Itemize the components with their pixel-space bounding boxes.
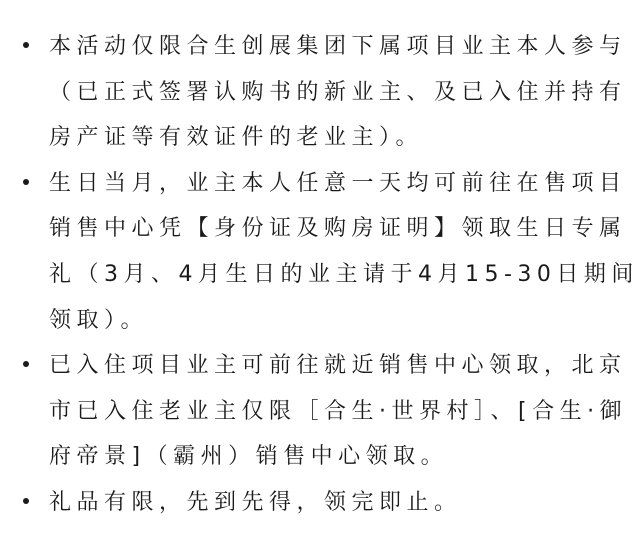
bullet-icon [23,361,29,367]
text-line: 市已入住老业主仅限［合生·世界村］、[合生·御 [49,389,620,435]
list-item-eligibility: 本活动仅限合生创展集团下属项目业主本人参与 （已正式签署认购书的新业主、及已入住… [0,24,640,161]
text-line: 房产证等有效证件的老业主）。 [49,115,620,161]
bullet-icon [23,42,29,48]
list-item-pickup-location: 已入住项目业主可前往就近销售中心领取，北京 市已入住老业主仅限［合生·世界村］、… [0,343,640,480]
list-item-limited-gifts: 礼品有限，先到先得，领完即止。 [0,480,640,526]
text-line: 府帝景]（霸州）销售中心领取。 [49,434,620,480]
text-line: 本活动仅限合生创展集团下属项目业主本人参与 [49,24,620,70]
text-line: 礼品有限，先到先得，领完即止。 [49,480,620,526]
text-line: （已正式签署认购书的新业主、及已入住并持有 [49,70,620,116]
list-item-birthday-month: 生日当月，业主本人任意一天均可前往在售项目 销售中心凭【身份证及购房证明】领取生… [0,161,640,343]
text-line: 领取）。 [49,298,620,344]
text-line: 销售中心凭【身份证及购房证明】领取生日专属 [49,206,620,252]
bullet-icon [23,179,29,185]
text-line: 生日当月，业主本人任意一天均可前往在售项目 [49,161,620,207]
text-line: 已入住项目业主可前往就近销售中心领取，北京 [49,343,620,389]
text-line: 礼（3月、4月生日的业主请于4月15-30日期间 [49,252,620,298]
rules-list: 本活动仅限合生创展集团下属项目业主本人参与 （已正式签署认购书的新业主、及已入住… [0,24,640,526]
bullet-icon [23,498,29,504]
